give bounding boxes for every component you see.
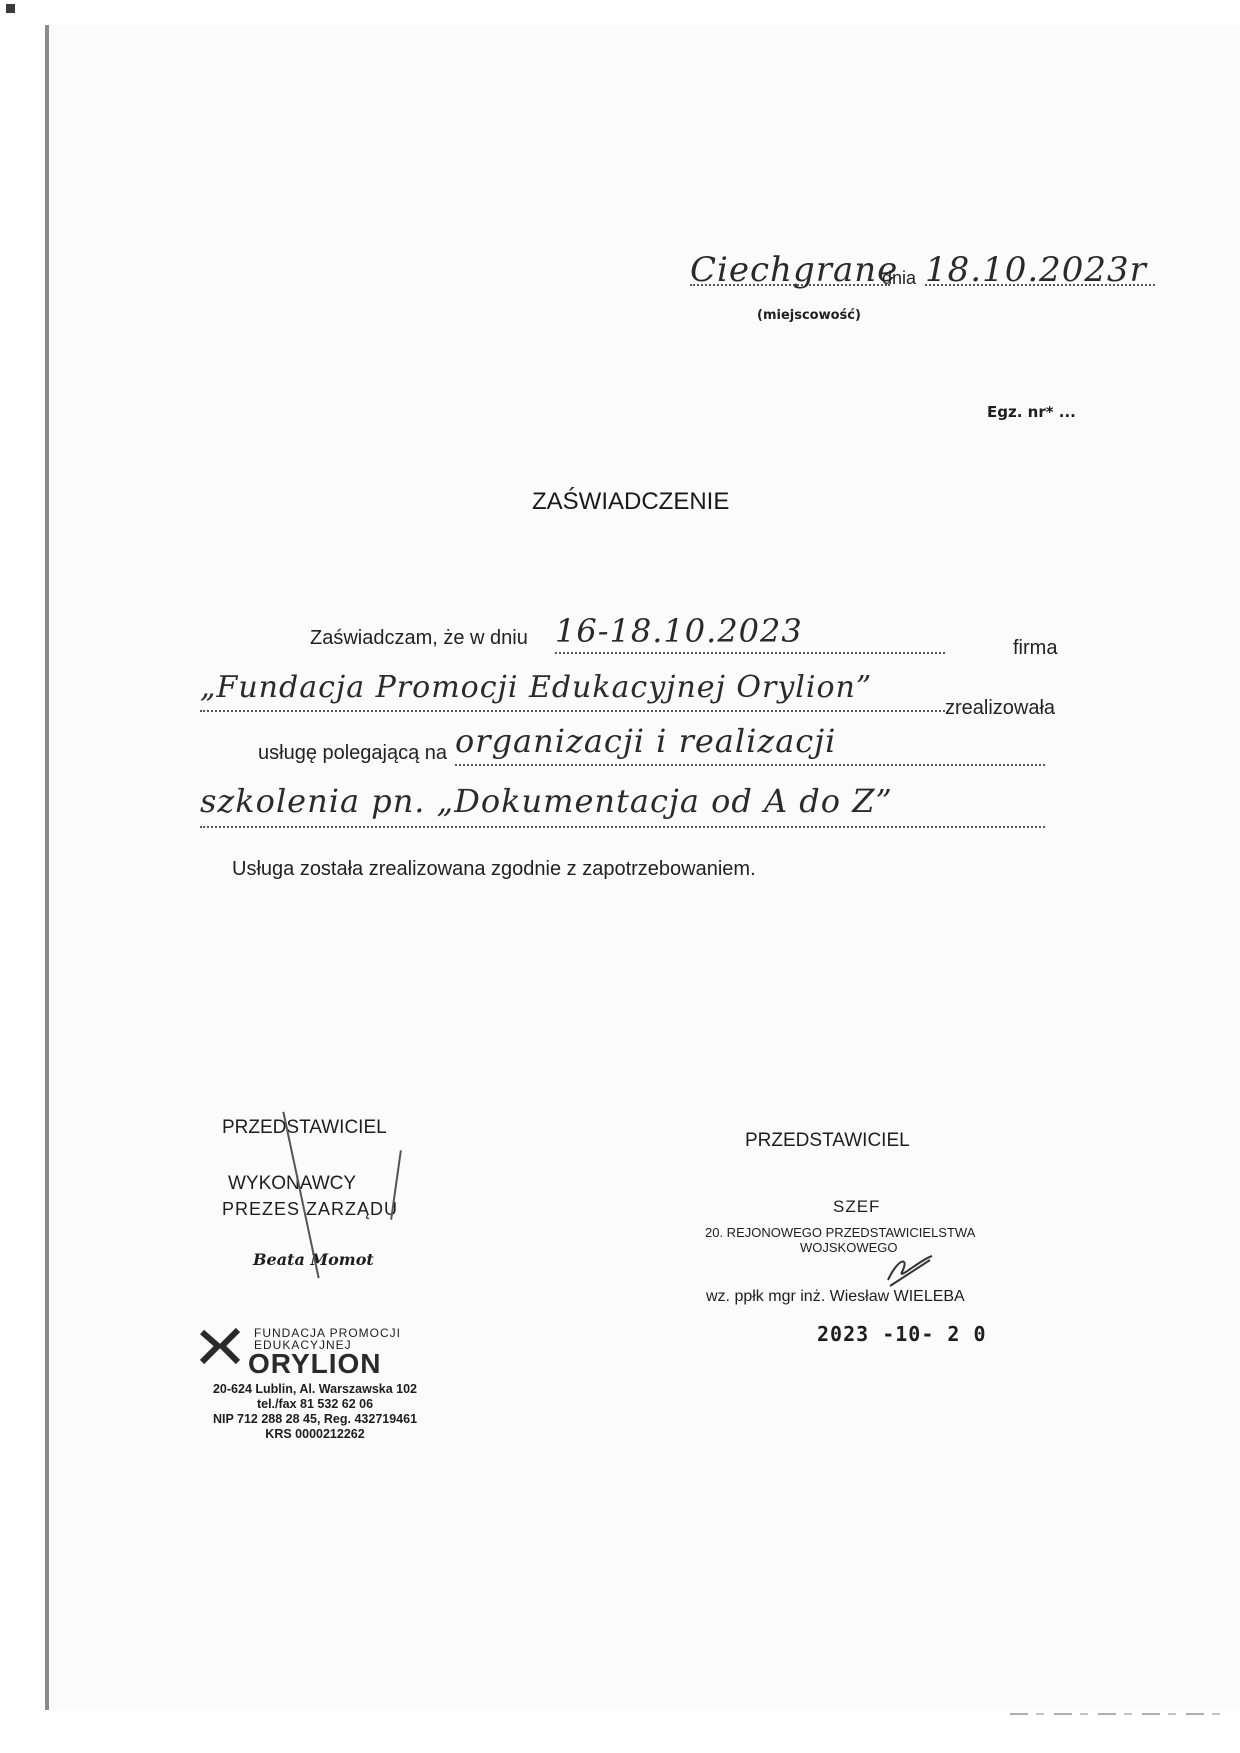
conclusion-text: Usługa została zrealizowana zgodnie z za…	[232, 858, 756, 881]
client-unit-line1: 20. REJONOWEGO PRZEDSTAWICIELSTWA	[705, 1225, 975, 1240]
date-handwritten: 18.10.2023r	[925, 250, 1147, 290]
service-label: usługę polegającą na	[258, 742, 447, 765]
service-line1-field: organizacji i realizacji	[455, 722, 1045, 766]
stamp-krs: KRS 0000212262	[190, 1427, 440, 1442]
client-rep-title: PRZEDSTAWICIEL	[745, 1130, 910, 1152]
dnia-label: dnia	[882, 268, 916, 289]
company-handwritten: „Fundacja Promocji Edukacyjnej Orylion”	[200, 670, 872, 705]
place-caption: (miejscowość)	[757, 308, 861, 323]
service-date-handwritten: 16-18.10.2023	[555, 612, 803, 650]
client-rep-szef: SZEF	[833, 1197, 880, 1217]
stamp-nip-reg: NIP 712 288 28 45, Reg. 432719461	[190, 1412, 440, 1427]
scan-corner-mark	[6, 4, 15, 13]
stamp-phone: tel./fax 81 532 62 06	[190, 1397, 440, 1412]
service-line1-handwritten: organizacji i realizacji	[455, 722, 836, 760]
stamp-details: 20-624 Lublin, Al. Warszawska 102 tel./f…	[190, 1382, 440, 1442]
stamp-brand: ORYLION	[248, 1348, 382, 1380]
contractor-rep-role: WYKONAWCY	[228, 1173, 356, 1195]
certify-label: Zaświadczam, że w dniu	[310, 627, 528, 650]
document-title: ZAŚWIADCZENIE	[532, 488, 729, 516]
handwritten-signature-icon	[880, 1250, 940, 1290]
date-field: 18.10.2023r	[925, 250, 1155, 286]
firma-label: firma	[1013, 637, 1057, 660]
copy-number-label: Egz. nr* ...	[987, 403, 1076, 421]
service-date-field: 16-18.10.2023	[555, 612, 945, 654]
stamp-address: 20-624 Lublin, Al. Warszawska 102	[190, 1382, 440, 1397]
company-field: „Fundacja Promocji Edukacyjnej Orylion”	[200, 670, 945, 712]
client-rep-person: wz. ppłk mgr inż. Wiesław WIELEBA	[706, 1288, 965, 1306]
service-line2-handwritten: szkolenia pn. „Dokumentacja od A do Z”	[200, 782, 893, 820]
contractor-rep-position: PREZES ZARZĄDU	[222, 1199, 398, 1220]
contractor-rep-title: PRZEDSTAWICIEL	[222, 1117, 387, 1139]
place-field: Ciechgrane	[690, 250, 890, 286]
service-line2-field: szkolenia pn. „Dokumentacja od A do Z”	[200, 782, 1045, 828]
page-bottom-edge	[1010, 1713, 1230, 1715]
realized-label: zrealizowała	[945, 697, 1055, 720]
place-handwritten: Ciechgrane	[690, 250, 898, 290]
date-stamp: 2023 -10- 2 0	[817, 1322, 987, 1346]
orylion-logo-icon	[198, 1328, 242, 1366]
